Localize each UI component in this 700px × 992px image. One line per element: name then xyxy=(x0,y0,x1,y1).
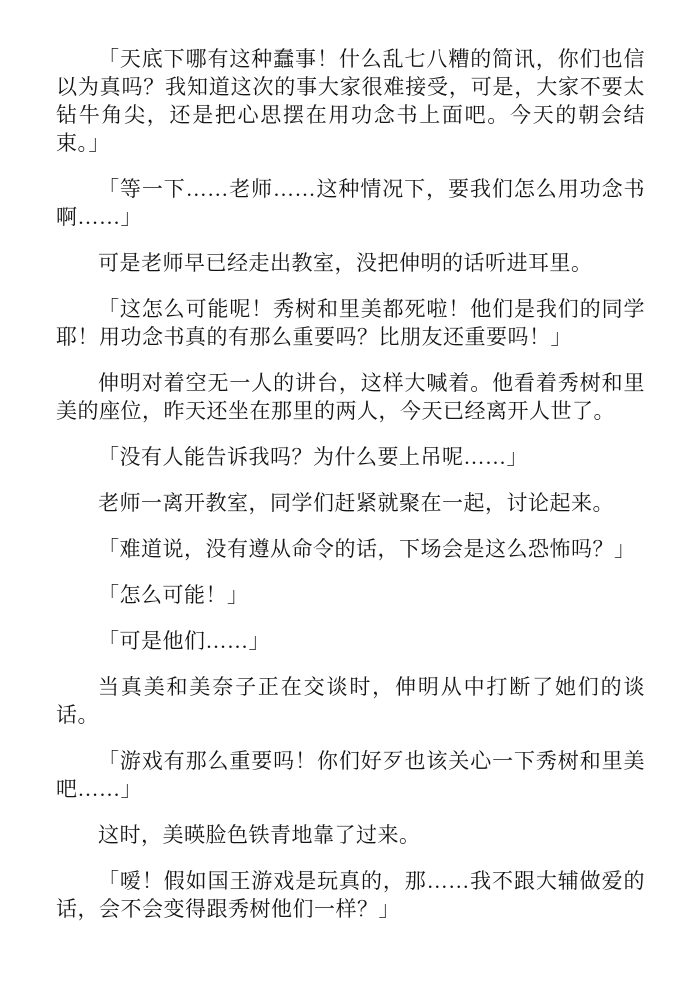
paragraph: 伸明对着空无一人的讲台，这样大喊着。他看着秀树和里美的座位，昨天还坐在那里的两人… xyxy=(56,369,645,425)
paragraph: 「这怎么可能呢！秀树和里美都死啦！他们是我们的同学耶！用功念书真的有那么重要吗？… xyxy=(56,295,645,351)
paragraph: 这时，美暎脸色铁青地靠了过来。 xyxy=(56,821,645,849)
paragraph: 老师一离开教室，同学们赶紧就聚在一起，讨论起来。 xyxy=(56,489,645,517)
book-page: 「天底下哪有这种蠢事！什么乱七八糟的简讯，你们也信以为真吗？我知道这次的事大家很… xyxy=(0,0,700,992)
paragraph: 「可是他们……」 xyxy=(56,627,645,655)
paragraph: 可是老师早已经走出教室，没把伸明的话听进耳里。 xyxy=(56,249,645,277)
paragraph: 当真美和美奈子正在交谈时，伸明从中打断了她们的谈话。 xyxy=(56,673,645,729)
paragraph: 「嗳！假如国王游戏是玩真的，那……我不跟大辅做爱的话，会不会变得跟秀树他们一样？… xyxy=(56,867,645,923)
paragraph: 「游戏有那么重要吗！你们好歹也该关心一下秀树和里美吧……」 xyxy=(56,747,645,803)
paragraph: 「等一下……老师……这种情况下，要我们怎么用功念书啊……」 xyxy=(56,175,645,231)
paragraph: 「天底下哪有这种蠢事！什么乱七八糟的简讯，你们也信以为真吗？我知道这次的事大家很… xyxy=(56,45,645,157)
paragraph: 「怎么可能！」 xyxy=(56,581,645,609)
paragraph: 「没有人能告诉我吗？为什么要上吊呢……」 xyxy=(56,443,645,471)
paragraph: 「难道说，没有遵从命令的话，下场会是这么恐怖吗？」 xyxy=(56,535,645,563)
